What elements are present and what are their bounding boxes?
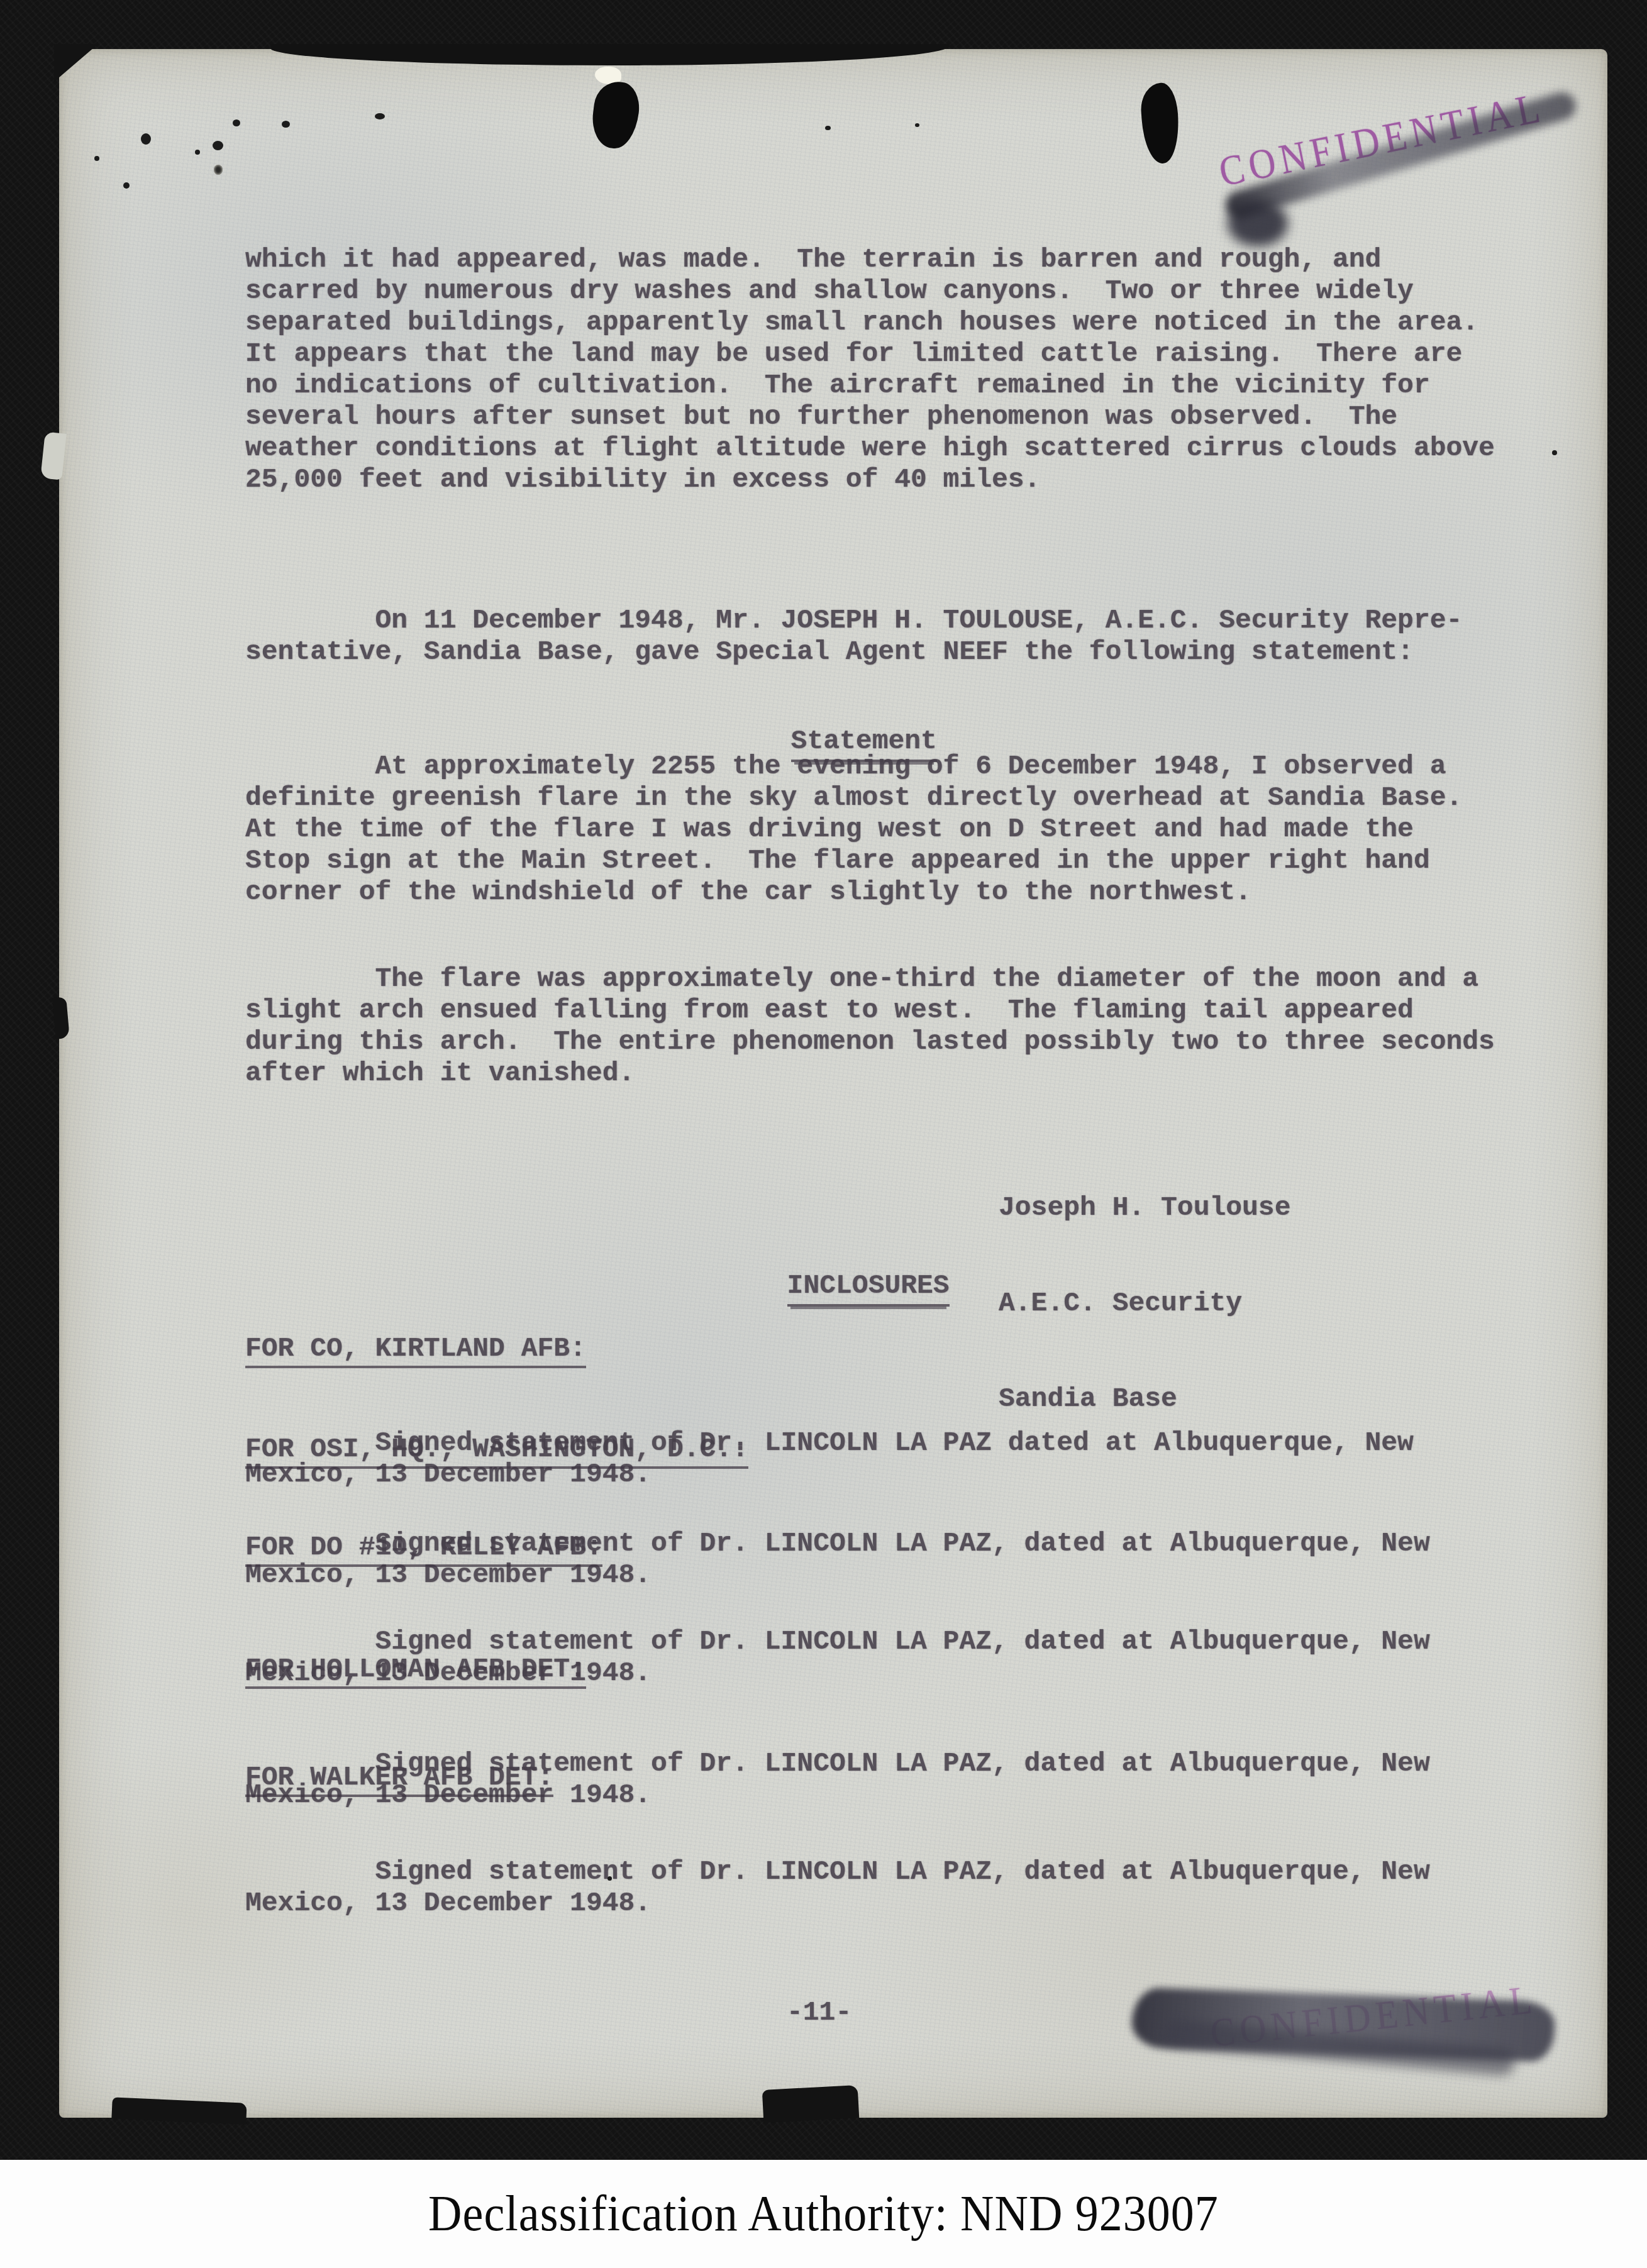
- inclosure-recipient: FOR DO #10, KELLY AFB:: [245, 1532, 602, 1567]
- scan-background: { "stamps": { "label": "CONFIDENTIAL" },…: [0, 0, 1647, 2268]
- bottom-edge-tear-center: [762, 2085, 860, 2123]
- paragraph-terrain: which it had appeared, was made. The ter…: [245, 244, 1541, 495]
- paper-speck: [375, 113, 385, 119]
- paper-speck: [607, 1876, 612, 1881]
- paper-speck: [213, 141, 223, 150]
- inclosure-body: Signed statement of Dr. LINCOLN LA PAZ, …: [245, 1856, 1541, 1919]
- paper-speck: [1552, 450, 1557, 455]
- paper-speck: [94, 156, 99, 161]
- paper-speck: [141, 133, 151, 145]
- signature-name: Joseph H. Toulouse: [999, 1192, 1290, 1225]
- declassification-text: Declassification Authority: NND 923007: [428, 2185, 1219, 2243]
- paper-speck: [195, 150, 200, 155]
- inclosure-recipient: FOR HOLLOMAN AFB DET:: [245, 1654, 586, 1689]
- paper-speck: [123, 182, 130, 189]
- paper-speck: [915, 123, 919, 127]
- inclosure-recipient: FOR WALKER AFB DET:: [245, 1762, 553, 1797]
- inclosure-recipient: FOR CO, KIRTLAND AFB:: [245, 1333, 586, 1368]
- paper-speck: [214, 165, 223, 175]
- paragraph-statement-1: At approximately 2255 the evening of 6 D…: [245, 751, 1541, 908]
- page-number: -11-: [787, 1997, 851, 2028]
- paper-speck: [825, 126, 831, 130]
- inclosure-item-5: FOR WALKER AFB DET: Signed statement of …: [245, 1699, 1541, 1950]
- inclosure-recipient: FOR OSI, HQ., WASHINGTON, D.C.:: [245, 1434, 748, 1469]
- declassification-banner: Declassification Authority: NND 923007: [0, 2160, 1647, 2268]
- paragraph-toulouse-intro: On 11 December 1948, Mr. JOSEPH H. TOULO…: [245, 605, 1541, 668]
- paper-speck: [233, 119, 240, 126]
- paper-speck: [282, 121, 290, 128]
- paragraph-statement-2: The flare was approximately one-third th…: [245, 963, 1541, 1089]
